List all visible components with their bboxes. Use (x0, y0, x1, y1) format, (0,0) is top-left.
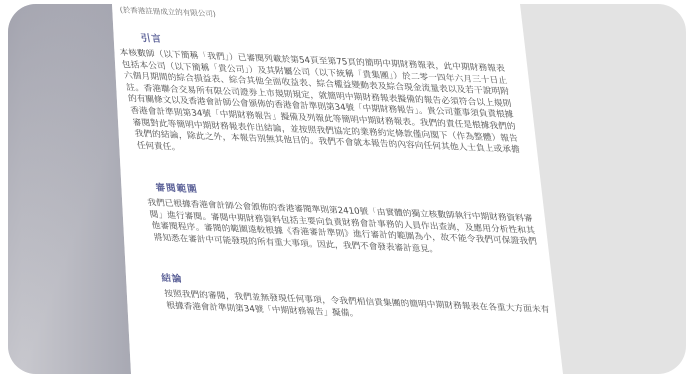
page-content: (於香港註冊成立的有限公司) 引言 本核數師（以下簡稱「我們」）已審閱列載於第5… (111, 5, 553, 329)
introduction-paragraph: 本核數師（以下簡稱「我們」）已審閱列載於第54頁至第75頁的簡明中期財務報表，此… (119, 48, 523, 169)
section-conclusion: 結論 按照我們的審閱，我們並無發現任何事項，令我們相信貴集團的簡明中期財務報表在… (161, 273, 553, 329)
document-card: (於香港註冊成立的有限公司) 引言 本核數師（以下簡稱「我們」）已審閱列載於第5… (8, 4, 686, 374)
section-scope-of-review: 審閱範圍 我們已根據香港會計師公會頒佈的香港審閱準則第2410號「由實體的獨立核… (144, 182, 541, 261)
screenshot-canvas: (於香港註冊成立的有限公司) 引言 本核數師（以下簡稱「我們」）已審閱列載於第5… (0, 0, 694, 380)
section-introduction: 引言 本核數師（以下簡稱「我們」）已審閱列載於第54頁至第75頁的簡明中期財務報… (116, 32, 523, 169)
company-incorporation-note: (於香港註冊成立的有限公司) (111, 5, 498, 31)
